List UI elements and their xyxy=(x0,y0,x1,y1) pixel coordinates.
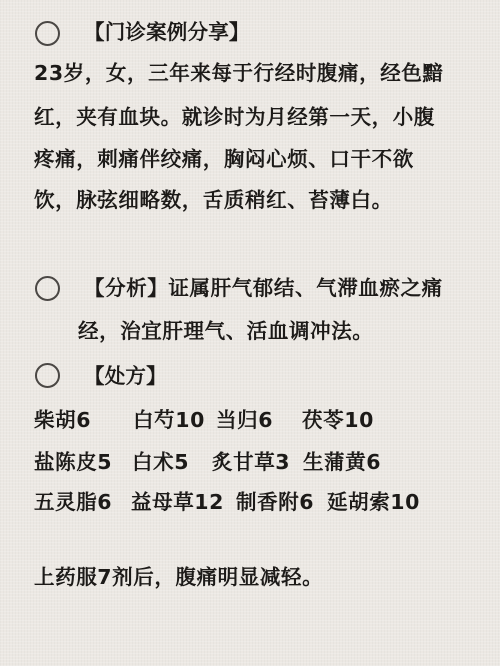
herb-item: 盐陈皮5 xyxy=(34,452,112,473)
outcome-text: 上药服7剂后，腹痛明显减轻。 xyxy=(34,567,323,588)
herb-item: 益母草12 xyxy=(131,492,224,513)
case-line-2: 红，夹有血块。就诊时为月经第一天，小腹 xyxy=(34,107,435,128)
herb-item: 茯苓10 xyxy=(302,410,374,431)
hollow-circle-bullet-icon xyxy=(35,21,60,46)
case-heading: 【门诊案例分享】 xyxy=(84,22,250,43)
case-line-4: 饮，脉弦细略数，舌质稍红、苔薄白。 xyxy=(34,190,393,211)
case-line-3: 疼痛，刺痛伴绞痛，胸闷心烦、口干不欲 xyxy=(34,149,414,170)
herb-item: 白术5 xyxy=(132,452,189,473)
hollow-circle-bullet-icon xyxy=(35,363,60,388)
herb-item: 五灵脂6 xyxy=(34,492,112,513)
herb-item: 生蒲黄6 xyxy=(303,452,381,473)
herb-item: 白芍10 xyxy=(133,410,205,431)
analysis-line-1: 【分析】证属肝气郁结、气滞血瘀之痛 xyxy=(84,278,443,299)
case-line-1: 23岁，女，三年来每于行经时腹痛，经色黯 xyxy=(34,63,444,84)
herb-item: 制香附6 xyxy=(236,492,314,513)
herb-item: 延胡索10 xyxy=(327,492,420,513)
herb-item: 柴胡6 xyxy=(34,410,91,431)
analysis-line-2: 经，治宜肝理气、活血调冲法。 xyxy=(78,321,373,342)
prescription-heading: 【处方】 xyxy=(84,366,167,387)
hollow-circle-bullet-icon xyxy=(35,276,60,301)
herb-item: 当归6 xyxy=(216,410,273,431)
herb-item: 炙甘草3 xyxy=(212,452,290,473)
